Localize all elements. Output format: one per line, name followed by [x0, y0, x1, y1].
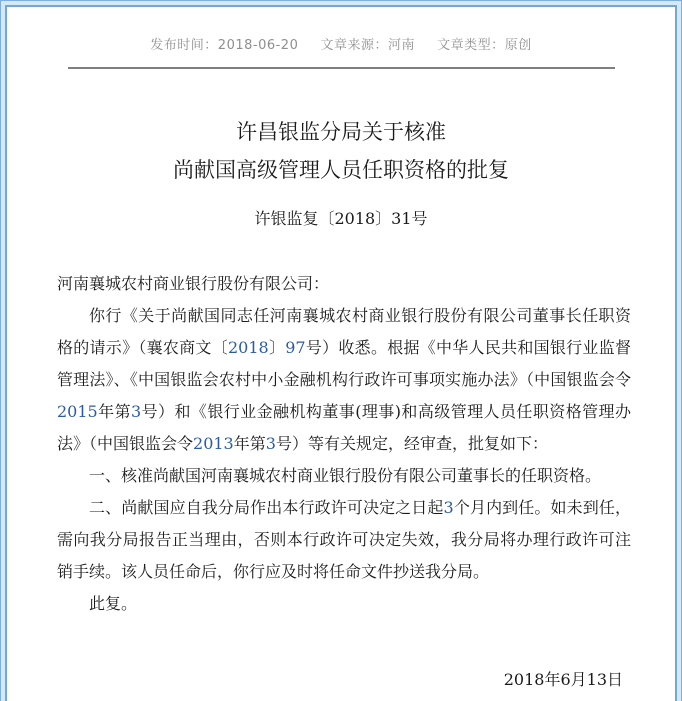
paragraph: 你行《关于尚献国同志任河南襄城农村商业银行股份有限公司董事长任职资格的请示》（襄… [57, 300, 631, 460]
page-frame: 发布时间：2018-06-20 文章来源：河南 文章类型：原创 许昌银监分局关于… [0, 0, 682, 701]
publish-time: 发布时间：2018-06-20 [150, 38, 298, 53]
article-type-value: 原创 [505, 38, 532, 53]
document-title: 许昌银监分局关于核准 尚献国高级管理人员任职资格的批复 [7, 113, 675, 189]
document-body: 河南襄城农村商业银行股份有限公司： 你行《关于尚献国同志任河南襄城农村商业银行股… [7, 268, 675, 620]
paragraph: 二、尚献国应自我分局作出本行政许可决定之日起3个月内到任。如未到任，需向我分局报… [57, 492, 631, 588]
article-type-label: 文章类型： [437, 38, 505, 53]
article-type: 文章类型：原创 [437, 38, 532, 53]
closing-phrase: 此复。 [57, 588, 631, 620]
document-page: 发布时间：2018-06-20 文章来源：河南 文章类型：原创 许昌银监分局关于… [5, 5, 677, 701]
publish-time-value: 2018-06-20 [218, 38, 299, 53]
paragraph: 一、核准尚献国河南襄城农村商业银行股份有限公司董事长的任职资格。 [57, 460, 631, 492]
article-source: 文章来源：河南 [321, 38, 416, 53]
document-title-line2: 尚献国高级管理人员任职资格的批复 [7, 151, 675, 189]
article-source-label: 文章来源： [321, 38, 389, 53]
document-title-line1: 许昌银监分局关于核准 [7, 113, 675, 151]
article-source-value: 河南 [388, 38, 415, 53]
publish-time-label: 发布时间： [150, 38, 218, 53]
article-meta: 发布时间：2018-06-20 文章来源：河南 文章类型：原创 [7, 37, 675, 55]
meta-divider [68, 67, 615, 69]
document-number: 许银监复〔2018〕31号 [7, 207, 675, 231]
salutation: 河南襄城农村商业银行股份有限公司： [57, 268, 631, 300]
document-date: 2018年6月13日 [7, 668, 675, 692]
